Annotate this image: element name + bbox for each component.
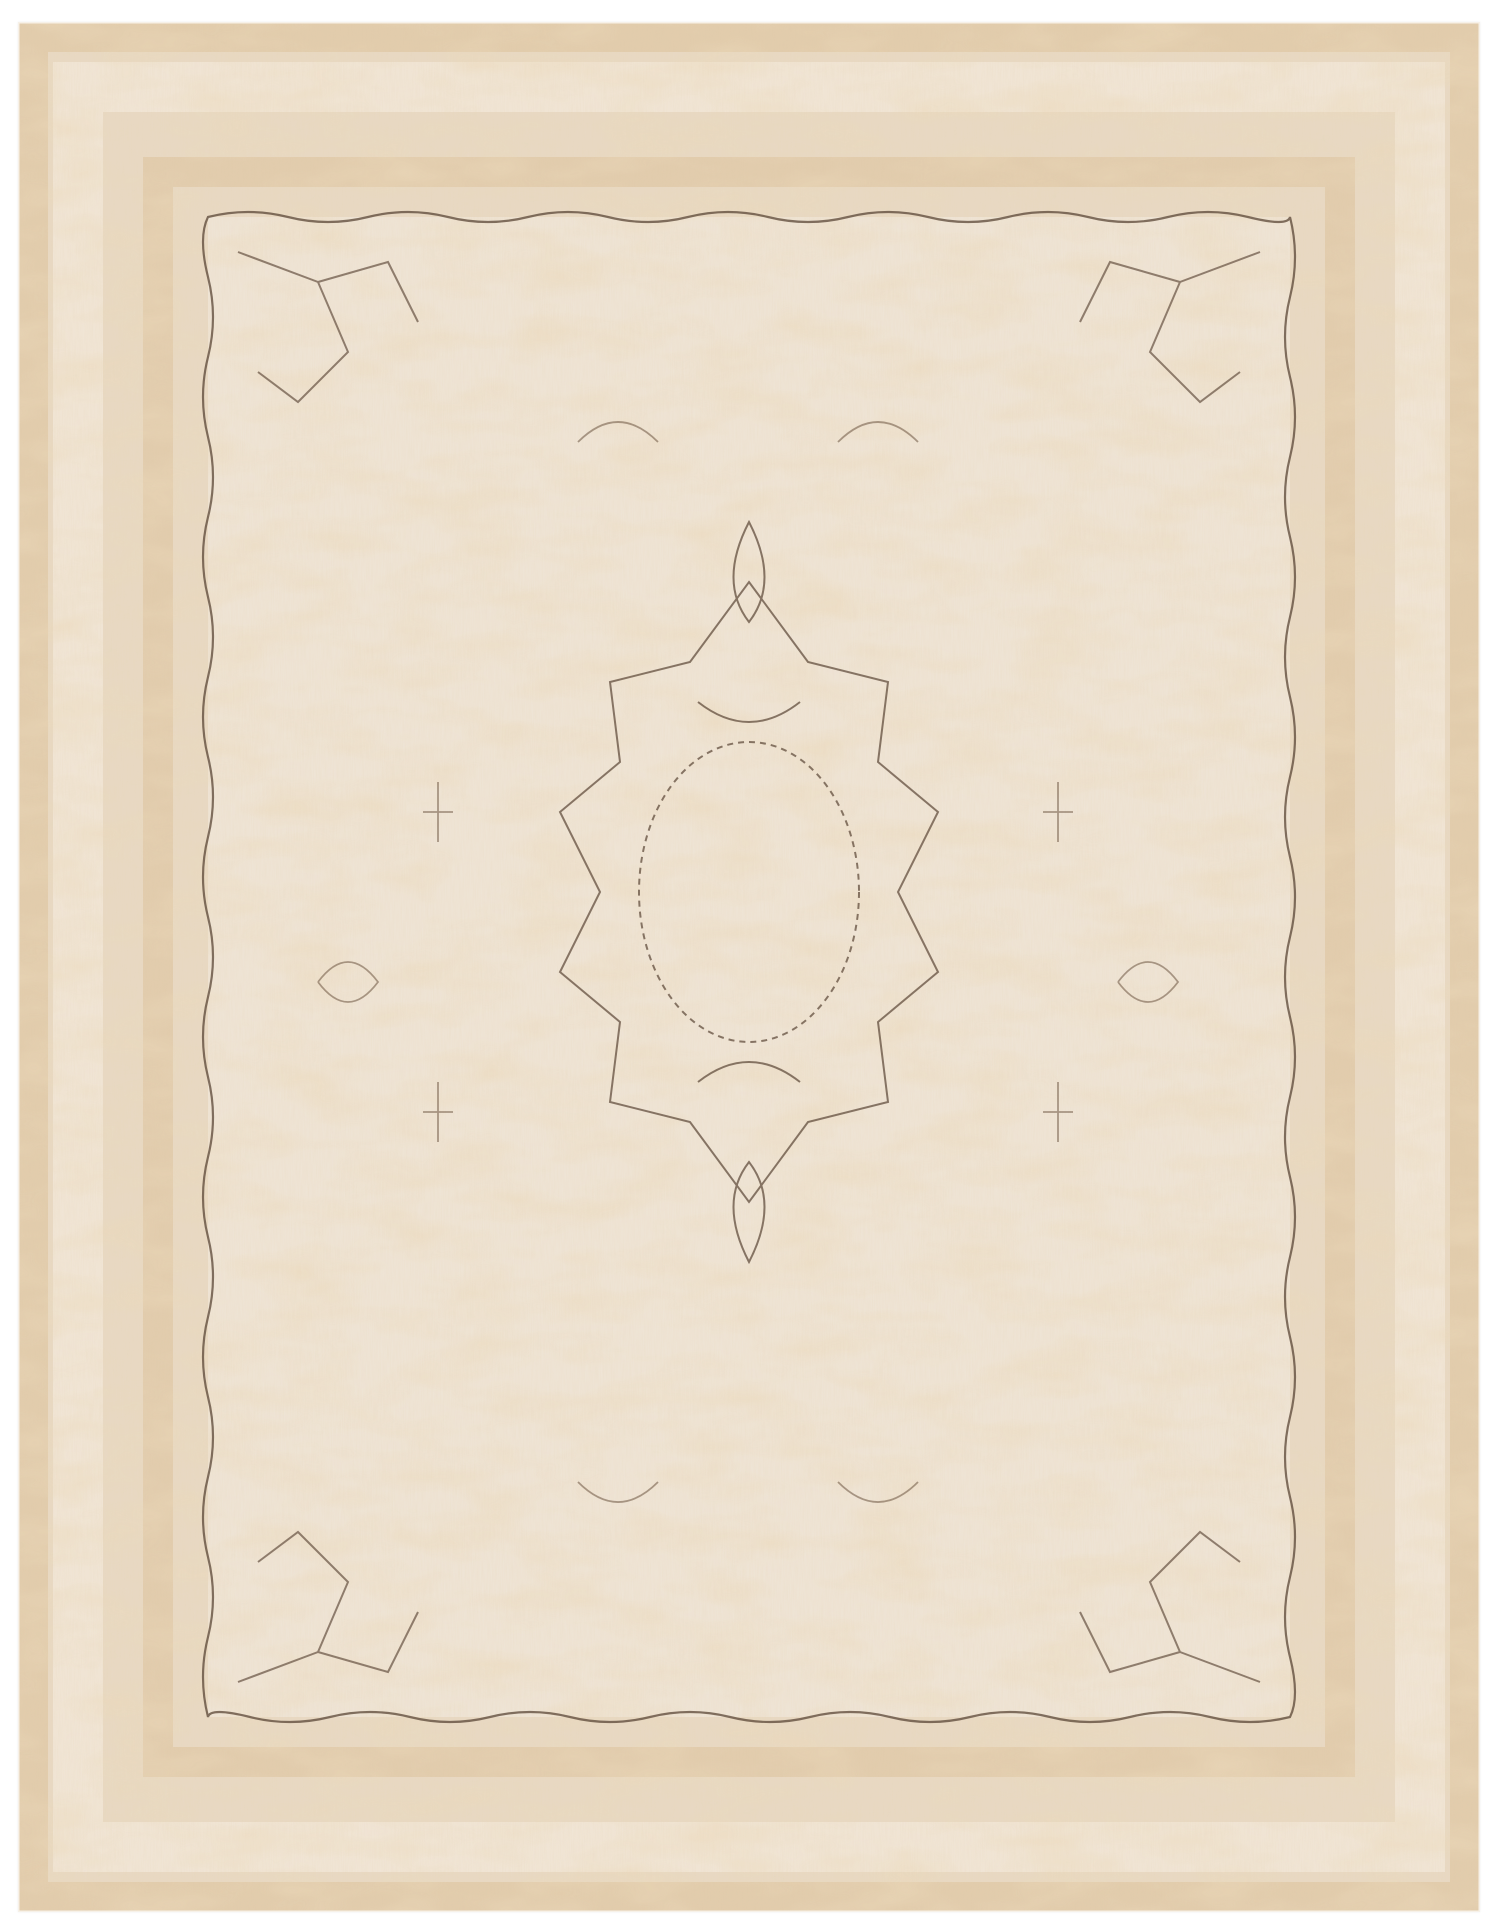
rug [18,22,1480,1912]
rug-pattern [18,22,1480,1912]
